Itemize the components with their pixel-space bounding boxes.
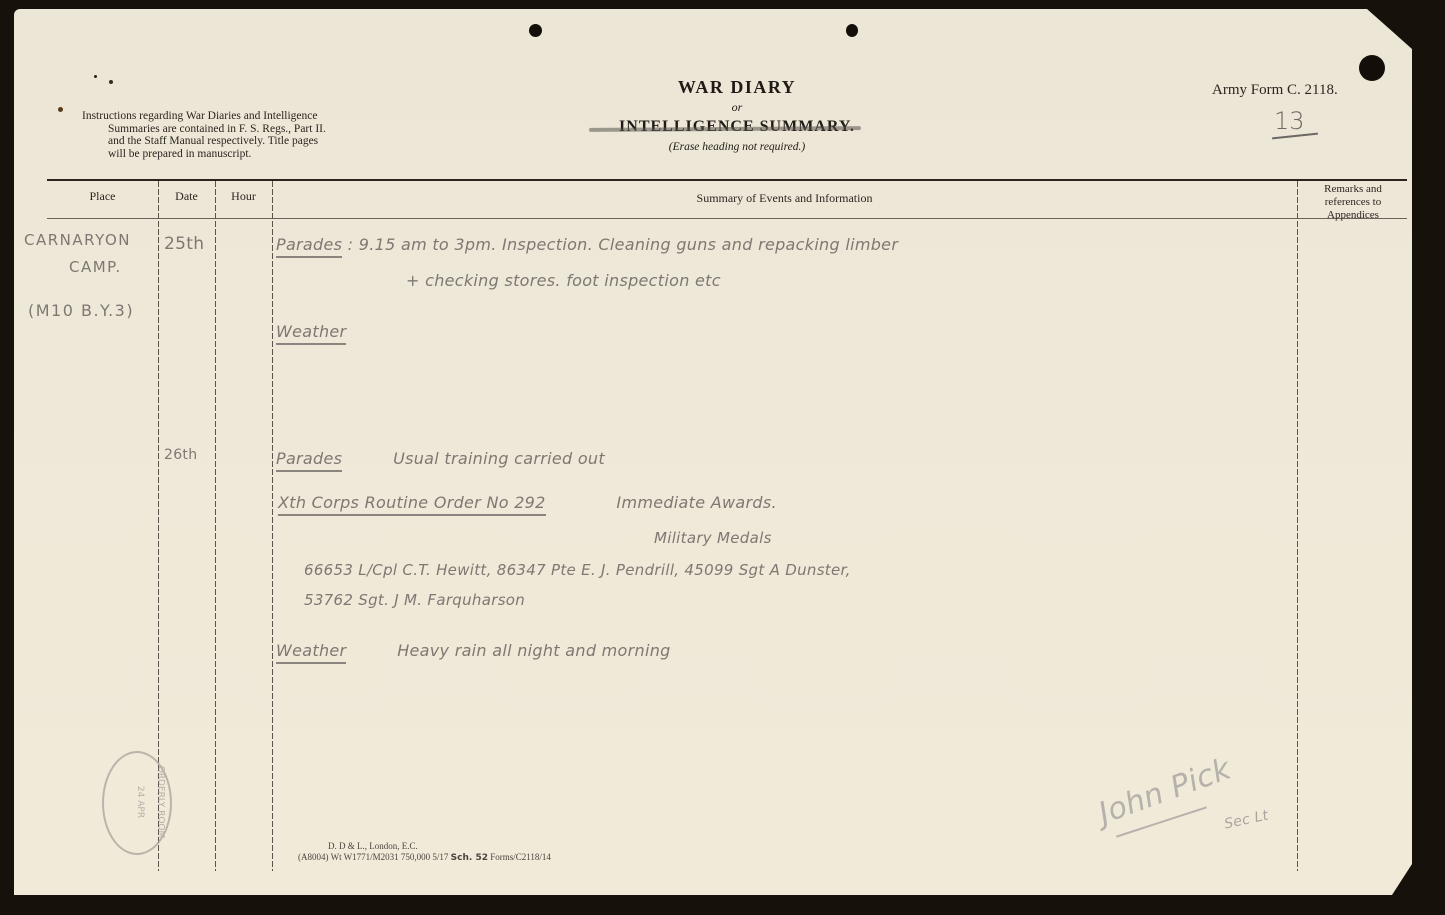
entry-date: 25th (164, 234, 204, 254)
punch-hole (529, 24, 542, 37)
form-title: WAR DIARY or INTELLIGENCE SUMMARY. (Eras… (562, 77, 912, 153)
instructions-line: will be prepared in manuscript. (82, 148, 412, 161)
remarks-line: references to (1298, 196, 1408, 209)
entry-label-parades: Parades (276, 449, 342, 472)
entry-text: Heavy rain all night and morning (397, 641, 670, 660)
remarks-line: Remarks and (1298, 183, 1408, 196)
table-header-rule (47, 218, 1407, 219)
imprint-line-2b: Sch. 52 (451, 853, 488, 863)
signature-rank: Sec Lt (1223, 808, 1270, 833)
entry-line: Parades Usual training carried out (276, 449, 605, 468)
orderly-room-stamp: ORDERLY ROOM 24 APR (102, 751, 172, 855)
title-erase-note: (Erase heading not required.) (562, 141, 912, 153)
entry-text: Usual training carried out (393, 449, 605, 468)
punch-hole (846, 24, 858, 37)
column-divider (215, 181, 216, 871)
place-map-ref: (M10 B.Y.3) (28, 301, 134, 320)
remarks-line: Appendices (1298, 209, 1408, 222)
entry-label-weather: Weather (276, 641, 346, 664)
ink-spot (109, 80, 113, 84)
entry-line: + checking stores. foot inspection etc (406, 271, 721, 290)
title-or: or (562, 100, 912, 115)
title-intelligence-summary-struck: INTELLIGENCE SUMMARY. (619, 118, 855, 136)
header-place: Place (47, 189, 158, 204)
entry-text: 66653 L/Cpl C.T. Hewitt, 86347 Pte E. J.… (304, 561, 851, 579)
instructions-line: and the Staff Manual respectively. Title… (82, 135, 412, 148)
table-top-rule (47, 179, 1407, 181)
entry-line: Military Medals (654, 529, 772, 547)
entry-text: Immediate Awards. (616, 493, 776, 512)
imprint-line-2a: (A8004) Wt W1771/M2031 750,000 5/17 (298, 852, 448, 862)
entry-text: + checking stores. foot inspection etc (406, 271, 721, 290)
imprint-line-2c: Forms/C2118/14 (490, 852, 551, 862)
ink-spot (58, 107, 63, 112)
stamp-text: ORDERLY ROOM (155, 766, 165, 839)
title-war-diary: WAR DIARY (562, 77, 912, 98)
ink-spot (94, 75, 97, 78)
entry-line: 53762 Sgt. J M. Farquharson (304, 591, 525, 609)
column-divider (1297, 181, 1298, 871)
entry-line: 66653 L/Cpl C.T. Hewitt, 86347 Pte E. J.… (304, 561, 851, 579)
page-number: 13 (1274, 107, 1305, 135)
column-divider (272, 181, 273, 871)
place-name-2: CAMP. (69, 258, 122, 276)
place-name: CARNARYON (24, 231, 131, 249)
header-date: Date (158, 189, 215, 204)
entry-text: 53762 Sgt. J M. Farquharson (304, 591, 525, 609)
instructions-line: Summaries are contained in F. S. Regs., … (82, 123, 412, 136)
entry-line: Xth Corps Routine Order No 292 Immediate… (278, 493, 777, 512)
entry-date: 26th (164, 447, 197, 463)
war-diary-page: Instructions regarding War Diaries and I… (14, 9, 1412, 895)
entry-line: Weather Heavy rain all night and morning (276, 641, 671, 660)
entry-line: Weather (276, 322, 346, 341)
entry-text: Military Medals (654, 529, 772, 547)
imprint-line-1: D. D & L., London, E.C. (298, 841, 551, 852)
entry-label-weather: Weather (276, 322, 346, 345)
punch-hole (1359, 55, 1385, 81)
form-instructions: Instructions regarding War Diaries and I… (82, 110, 412, 160)
header-remarks: Remarks and references to Appendices (1298, 183, 1408, 222)
instructions-line: Instructions regarding War Diaries and I… (82, 110, 412, 123)
entry-line: Parades : 9.15 am to 3pm. Inspection. Cl… (276, 235, 898, 254)
header-hour: Hour (215, 189, 272, 204)
stamp-text: 24 APR (135, 786, 145, 818)
entry-label-corps-order: Xth Corps Routine Order No 292 (278, 493, 546, 516)
entry-label-parades: Parades (276, 235, 342, 258)
army-form-number: Army Form C. 2118. (1212, 82, 1338, 99)
header-summary: Summary of Events and Information (272, 191, 1297, 206)
entry-text: : 9.15 am to 3pm. Inspection. Cleaning g… (348, 235, 899, 254)
printer-imprint: D. D & L., London, E.C. (A8004) Wt W1771… (298, 841, 551, 864)
